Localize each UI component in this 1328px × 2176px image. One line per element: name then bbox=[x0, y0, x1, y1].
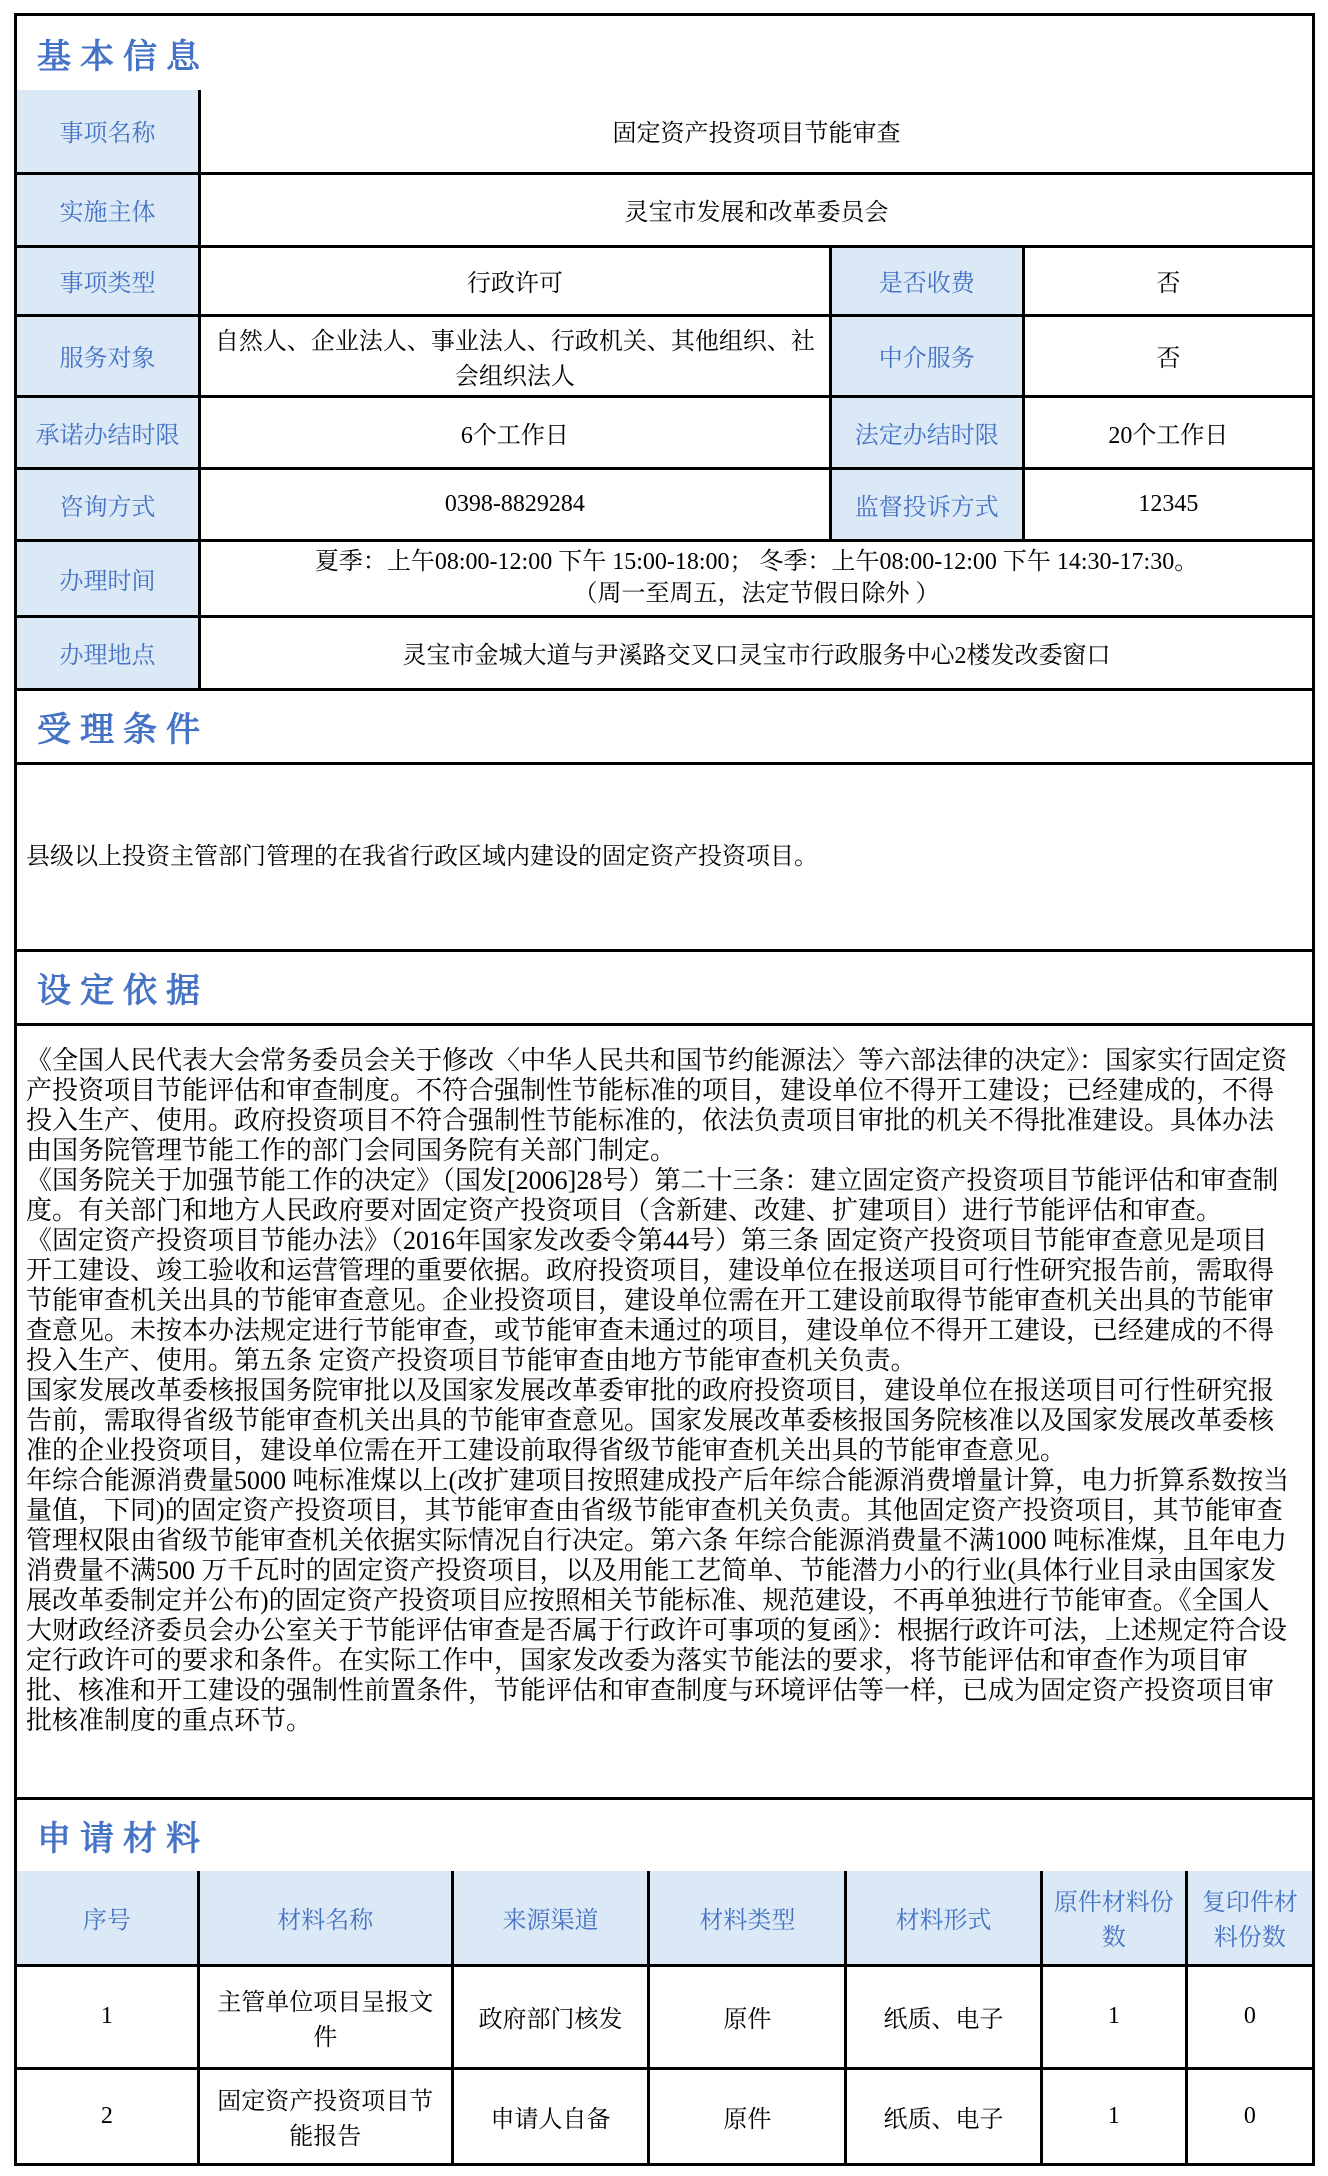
table-row: 1 主管单位项目呈报文件 政府部门核发 原件 纸质、电子 1 0 bbox=[17, 1965, 1312, 2068]
column-header-material-type: 材料类型 bbox=[649, 1871, 846, 1965]
item-name-label: 事项名称 bbox=[17, 90, 200, 173]
material-form: 纸质、电子 bbox=[846, 2068, 1042, 2163]
material-name: 主管单位项目呈报文件 bbox=[198, 1965, 452, 2068]
consult-label: 咨询方式 bbox=[17, 468, 200, 540]
material-form: 纸质、电子 bbox=[846, 1965, 1042, 2068]
complaint-value: 12345 bbox=[1023, 468, 1312, 540]
materials-header-row: 序号 材料名称 来源渠道 材料类型 材料形式 原件材料份数 复印件材料份数 bbox=[17, 1871, 1312, 1965]
office-hours-line1: 夏季：上午08:00-12:00 下午 15:00-18:00； 冬季：上午08… bbox=[207, 546, 1306, 578]
setting-basis-paragraph: 《国务院关于加强节能工作的决定》（国发[2006]28号）第二十三条：建立固定资… bbox=[26, 1166, 1290, 1226]
material-type: 原件 bbox=[649, 1965, 846, 2068]
office-hours-value: 夏季：上午08:00-12:00 下午 15:00-18:00； 冬季：上午08… bbox=[200, 540, 1312, 616]
table-row: 办理地点 灵宝市金城大道与尹溪路交叉口灵宝市行政服务中心2楼发改委窗口 bbox=[17, 616, 1312, 688]
setting-basis-content: 《全国人民代表大会常务委员会关于修改〈中华人民共和国节约能源法〉等六部法律的决定… bbox=[17, 1023, 1312, 1797]
item-type-value: 行政许可 bbox=[200, 246, 831, 315]
location-label: 办理地点 bbox=[17, 616, 200, 688]
column-header-source-channel: 来源渠道 bbox=[452, 1871, 649, 1965]
legal-limit-value: 20个工作日 bbox=[1023, 396, 1312, 468]
material-original-count: 1 bbox=[1041, 2068, 1186, 2163]
basic-info-table: 事项名称 固定资产投资项目节能审查 实施主体 灵宝市发展和改革委员会 事项类型 … bbox=[17, 90, 1312, 688]
promised-limit-value: 6个工作日 bbox=[200, 396, 831, 468]
material-seq: 2 bbox=[17, 2068, 198, 2163]
application-materials-table: 序号 材料名称 来源渠道 材料类型 材料形式 原件材料份数 复印件材料份数 1 … bbox=[17, 1871, 1312, 2163]
service-info-document: 基本信息 事项名称 固定资产投资项目节能审查 实施主体 灵宝市发展和改革委员会 … bbox=[14, 13, 1315, 2166]
setting-basis-paragraph: 国家发展改革委核报国务院审批以及国家发展改革委审批的政府投资项目，建设单位在报送… bbox=[26, 1376, 1290, 1466]
table-row: 咨询方式 0398-8829284 监督投诉方式 12345 bbox=[17, 468, 1312, 540]
section-title-acceptance-conditions: 受理条件 bbox=[17, 688, 1312, 762]
material-copy-count: 0 bbox=[1186, 2068, 1312, 2163]
office-hours-label: 办理时间 bbox=[17, 540, 200, 616]
complaint-label: 监督投诉方式 bbox=[830, 468, 1023, 540]
material-copy-count: 0 bbox=[1186, 1965, 1312, 2068]
legal-limit-label: 法定办结时限 bbox=[830, 396, 1023, 468]
material-original-count: 1 bbox=[1041, 1965, 1186, 2068]
section-title-setting-basis: 设定依据 bbox=[17, 949, 1312, 1023]
intermediary-label: 中介服务 bbox=[830, 315, 1023, 396]
acceptance-conditions-text: 县级以上投资主管部门管理的在我省行政区域内建设的固定资产投资项目。 bbox=[26, 842, 818, 872]
material-name: 固定资产投资项目节能报告 bbox=[198, 2068, 452, 2163]
table-row: 事项名称 固定资产投资项目节能审查 bbox=[17, 90, 1312, 173]
column-header-photocopy-copies: 复印件材料份数 bbox=[1186, 1871, 1312, 1965]
column-header-seq: 序号 bbox=[17, 1871, 198, 1965]
location-value: 灵宝市金城大道与尹溪路交叉口灵宝市行政服务中心2楼发改委窗口 bbox=[200, 616, 1312, 688]
service-target-label: 服务对象 bbox=[17, 315, 200, 396]
acceptance-conditions-content: 县级以上投资主管部门管理的在我省行政区域内建设的固定资产投资项目。 bbox=[17, 762, 1312, 949]
item-type-label: 事项类型 bbox=[17, 246, 200, 315]
table-row: 服务对象 自然人、企业法人、事业法人、行政机关、其他组织、社会组织法人 中介服务… bbox=[17, 315, 1312, 396]
table-row: 办理时间 夏季：上午08:00-12:00 下午 15:00-18:00； 冬季… bbox=[17, 540, 1312, 616]
material-seq: 1 bbox=[17, 1965, 198, 2068]
setting-basis-paragraph: 年综合能源消费量5000 吨标准煤以上(改扩建项目按照建成投产后年综合能源消费增… bbox=[26, 1466, 1290, 1736]
table-row: 承诺办结时限 6个工作日 法定办结时限 20个工作日 bbox=[17, 396, 1312, 468]
section-title-application-materials: 申请材料 bbox=[17, 1797, 1312, 1871]
charge-value: 否 bbox=[1023, 246, 1312, 315]
material-source: 政府部门核发 bbox=[452, 1965, 649, 2068]
column-header-original-copies: 原件材料份数 bbox=[1041, 1871, 1186, 1965]
material-source: 申请人自备 bbox=[452, 2068, 649, 2163]
table-row: 2 固定资产投资项目节能报告 申请人自备 原件 纸质、电子 1 0 bbox=[17, 2068, 1312, 2163]
agency-value: 灵宝市发展和改革委员会 bbox=[200, 173, 1312, 246]
agency-label: 实施主体 bbox=[17, 173, 200, 246]
section-title-basic-info: 基本信息 bbox=[17, 16, 1312, 90]
material-type: 原件 bbox=[649, 2068, 846, 2163]
setting-basis-paragraph: 《全国人民代表大会常务委员会关于修改〈中华人民共和国节约能源法〉等六部法律的决定… bbox=[26, 1046, 1290, 1166]
table-row: 实施主体 灵宝市发展和改革委员会 bbox=[17, 173, 1312, 246]
office-hours-line2: （周一至周五，法定节假日除外 ） bbox=[207, 578, 1306, 610]
page: { "colors":{ "accent":"#4472C4", "label_… bbox=[0, 0, 1328, 2176]
column-header-material-name: 材料名称 bbox=[198, 1871, 452, 1965]
column-header-material-form: 材料形式 bbox=[846, 1871, 1042, 1965]
promised-limit-label: 承诺办结时限 bbox=[17, 396, 200, 468]
consult-value: 0398-8829284 bbox=[200, 468, 831, 540]
setting-basis-paragraph: 《固定资产投资项目节能办法》（2016年国家发改委令第44号）第三条 固定资产投… bbox=[26, 1226, 1290, 1376]
intermediary-value: 否 bbox=[1023, 315, 1312, 396]
item-name-value: 固定资产投资项目节能审查 bbox=[200, 90, 1312, 173]
service-target-value: 自然人、企业法人、事业法人、行政机关、其他组织、社会组织法人 bbox=[200, 315, 831, 396]
table-row: 事项类型 行政许可 是否收费 否 bbox=[17, 246, 1312, 315]
charge-label: 是否收费 bbox=[830, 246, 1023, 315]
